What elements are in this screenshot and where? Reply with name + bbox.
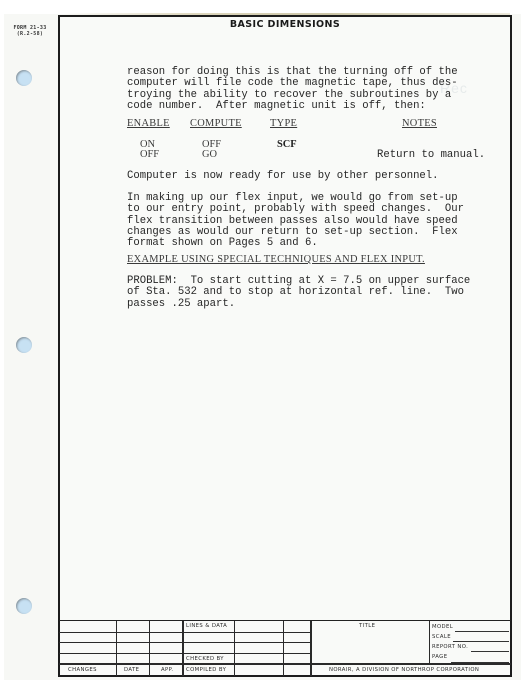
report-no-label: REPORT NO. (432, 644, 468, 650)
checked-by-label: CHECKED BY (186, 656, 224, 662)
model-field (455, 631, 509, 632)
table-header-enable: ENABLE (127, 118, 170, 129)
title-block: CHANGES DATE APP. LINES & DATA CHECKED B… (59, 620, 511, 675)
paragraph-magnetic-tape: reason for doing this is that the turnin… (127, 67, 458, 112)
changes-label: CHANGES (68, 667, 97, 673)
scale-field (453, 641, 509, 642)
title-label: TITLE (359, 623, 375, 629)
page-field (451, 662, 509, 663)
footer-divider (310, 621, 312, 676)
table-header-type: TYPE (270, 118, 297, 129)
footer-divider (234, 621, 235, 676)
date-label: DATE (124, 667, 139, 673)
company-name: NORAIR, A DIVISION OF NORTHROP CORPORATI… (329, 667, 479, 673)
table-cell-compute-row2: GO (202, 150, 217, 160)
example-heading: EXAMPLE USING SPECIAL TECHNIQUES AND FLE… (127, 254, 425, 265)
table-cell-type-row1: SCF (277, 140, 297, 150)
report-no-field (471, 651, 509, 652)
compiled-by-label: COMPILED BY (186, 667, 226, 673)
binder-hole-bottom-icon (16, 598, 32, 614)
footer-rule (59, 663, 310, 665)
footer-divider (149, 621, 150, 676)
page-label: PAGE (432, 654, 447, 660)
table-header-compute: COMPUTE (190, 118, 242, 129)
paragraph-flex-input: In making up our flex input, we would go… (127, 193, 464, 249)
table-cell-notes-row2: Return to manual. (377, 150, 485, 161)
page-title: BASIC DIMENSIONS (58, 19, 512, 30)
footer-divider (283, 621, 284, 676)
page-frame (58, 15, 512, 677)
footer-divider (182, 621, 184, 676)
app-label: APP. (161, 667, 173, 673)
form-number: FORM 21-33 (R.2-58) (6, 25, 54, 37)
binder-hole-top-icon (16, 70, 32, 86)
paragraph-problem: PROBLEM: To start cutting at X = 7.5 on … (127, 276, 470, 310)
binder-hole-middle-icon (16, 337, 32, 353)
table-cell-enable-row2: OFF (140, 150, 159, 160)
scale-label: SCALE (432, 634, 451, 640)
footer-rule (59, 653, 310, 654)
footer-divider (116, 621, 117, 676)
footer-rule (59, 642, 310, 643)
footer-rule (310, 663, 511, 665)
footer-rule (59, 632, 310, 633)
paragraph-computer-ready: Computer is now ready for use by other p… (127, 171, 439, 182)
form-number-line2: (R.2-58) (6, 31, 54, 37)
footer-divider (429, 621, 430, 663)
table-header-notes: NOTES (402, 118, 437, 129)
model-label: MODEL (432, 624, 453, 630)
lines-data-label: LINES & DATA (186, 623, 227, 629)
